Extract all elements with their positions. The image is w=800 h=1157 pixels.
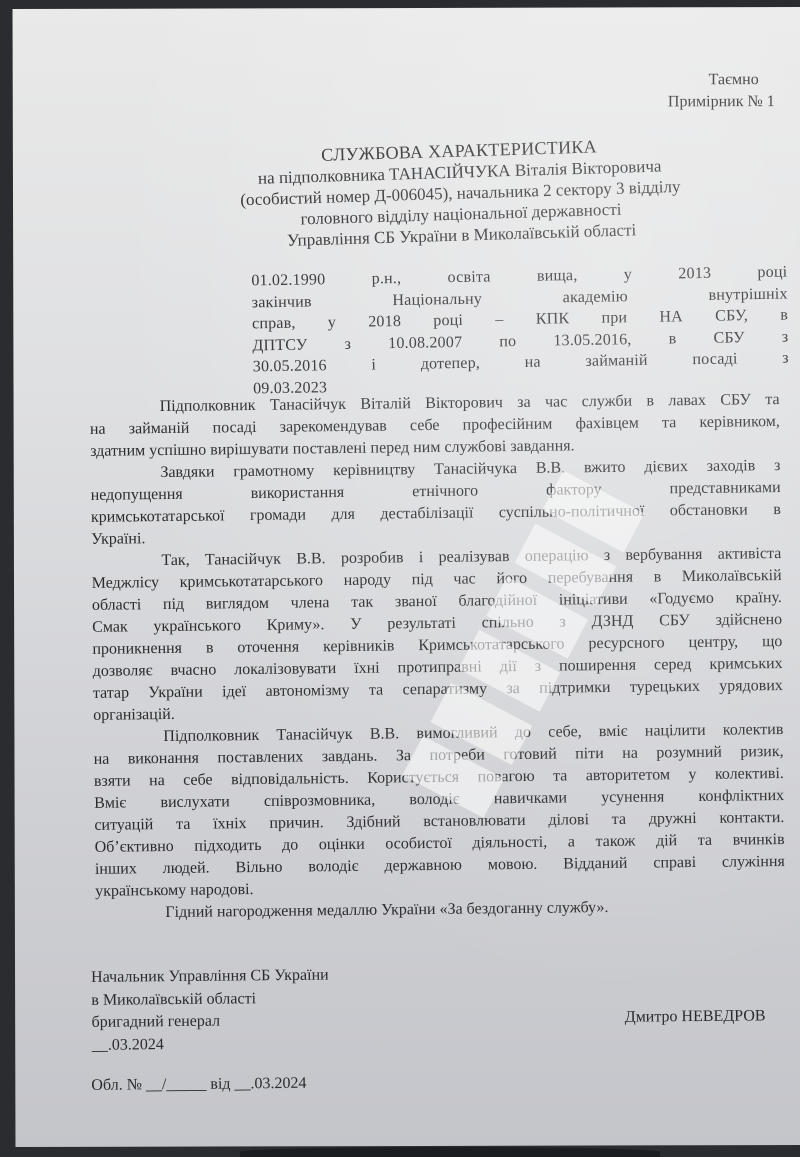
document-body: Підполковник Танасійчук Віталій Вікторов… [90,389,786,925]
copy-number: Примірник № 1 [668,91,775,113]
paragraph-personal-qualities: Підполковник Танасійчук В.В. вимогливий … [93,719,785,903]
classification-stamp: Таємно Примірник № 1 [668,69,775,113]
signatory-name: Дмитро НЕВЕДРОВ [625,1005,766,1029]
paragraph-service-record: Підполковник Танасійчук Віталій Вікторов… [90,389,781,463]
bio-summary: 01.02.1990 р.н., освіта вища, у 2013 роц… [251,262,789,400]
document-page: Таємно Примірник № 1 СЛУЖБОВА ХАРАКТЕРИС… [13,7,800,1147]
document-title-block: СЛУЖБОВА ХАРАКТЕРИСТИКА на підполковника… [199,133,722,254]
secrecy-label: Таємно [668,69,775,91]
paragraph-operation: Так, Танасійчук В.В. розробив і реалізув… [91,543,783,727]
paragraph-leadership: Завдяки грамотному керівництву Танасійчу… [90,455,781,551]
signature-block: Начальник Управління СБ України в Микола… [91,960,792,1057]
registration-number: Обл. № __/_____ від __.03.2024 [91,1075,306,1095]
background-shadow [240,1147,660,1157]
